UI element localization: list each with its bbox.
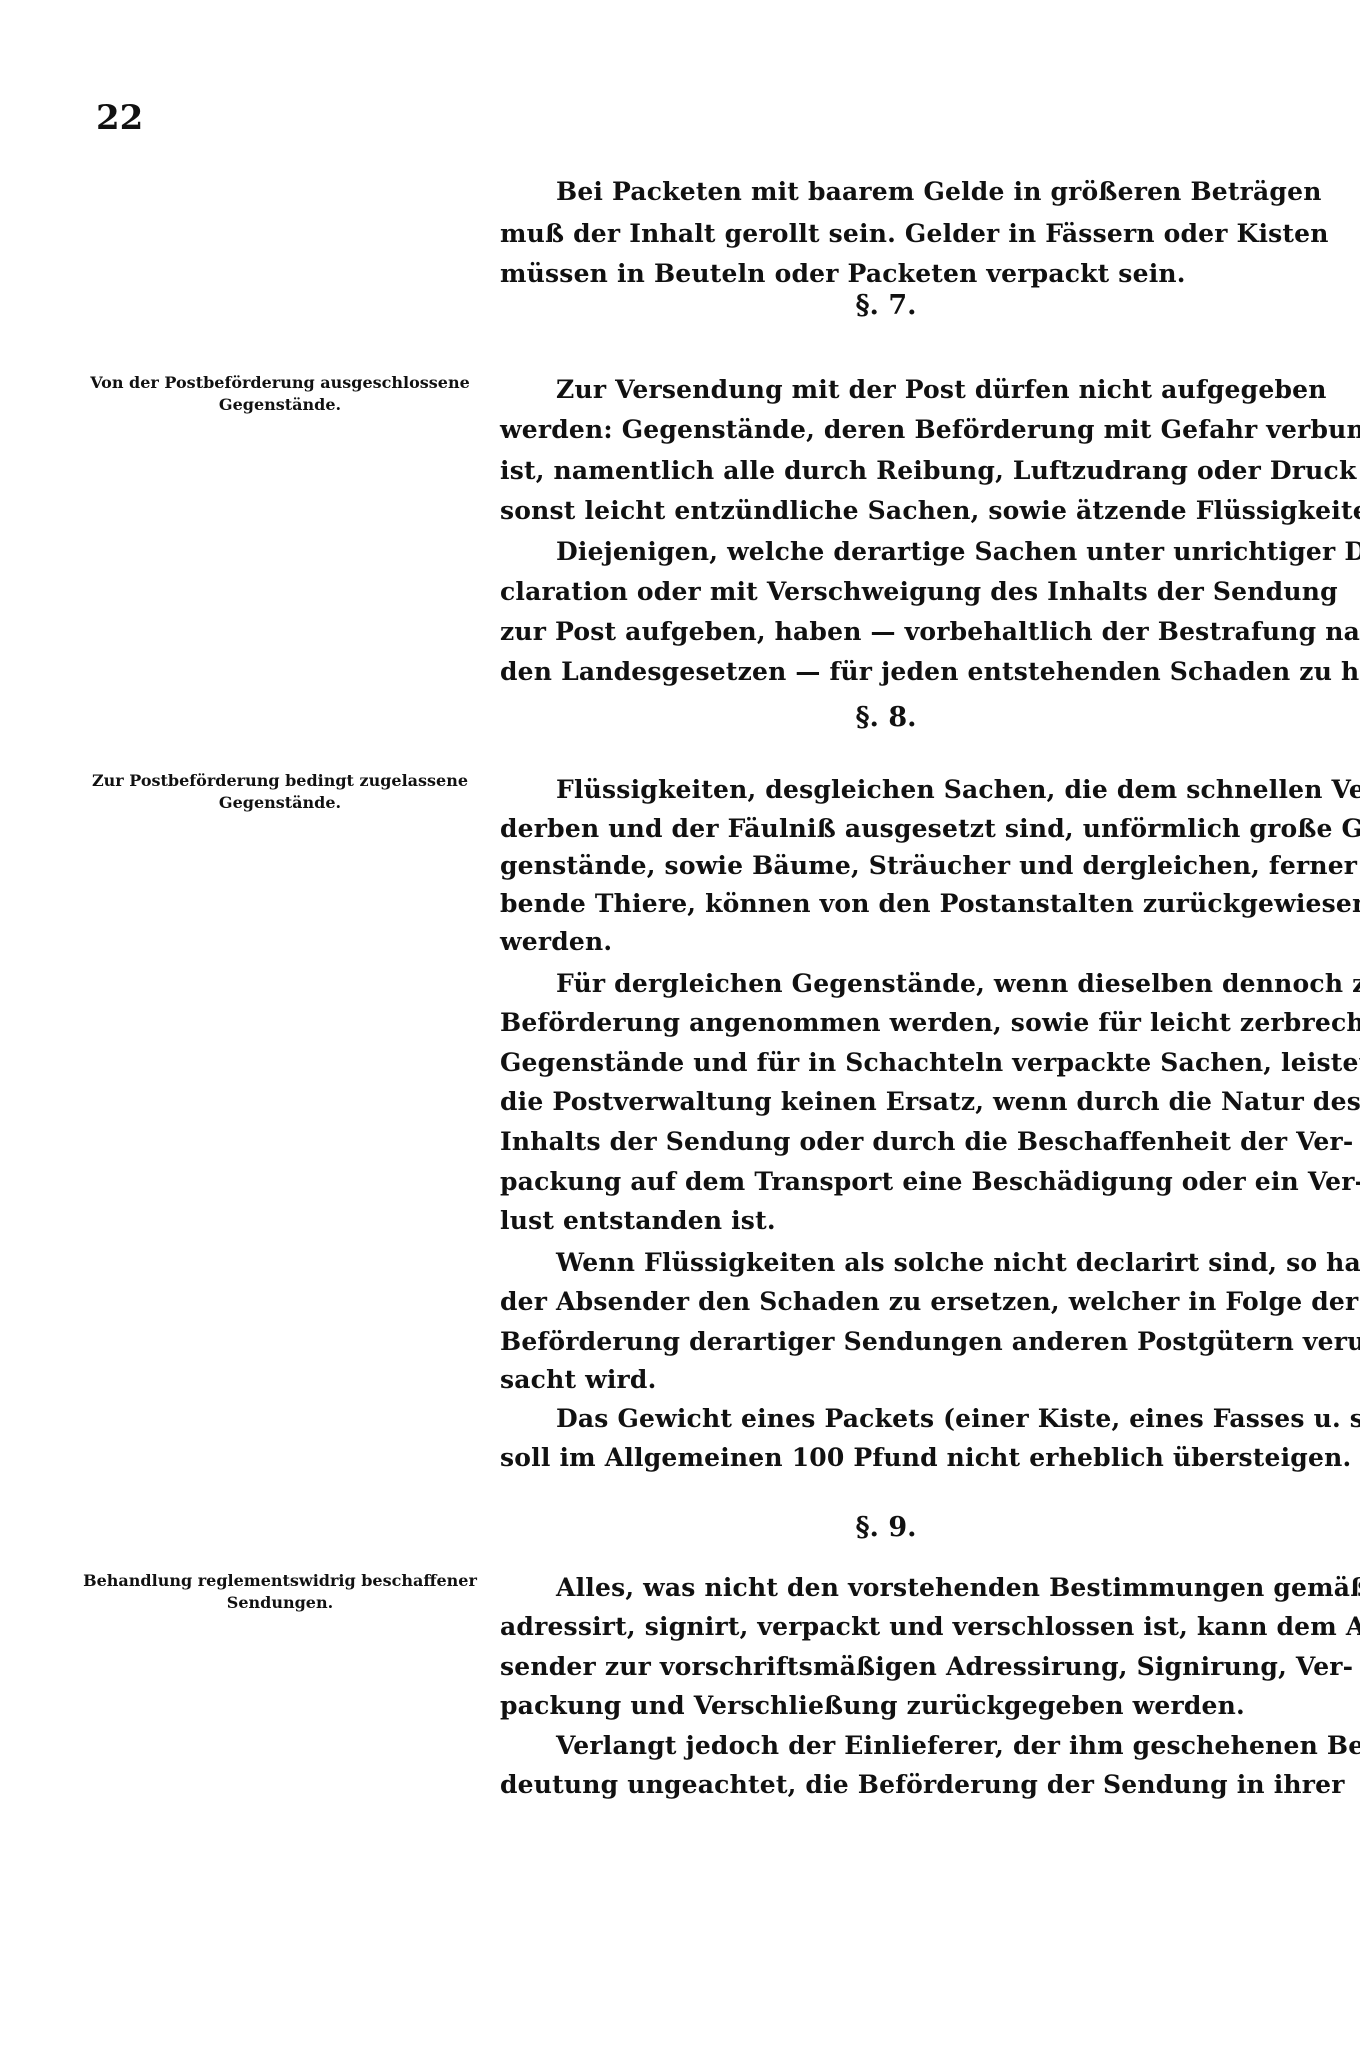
text-line: die Postverwaltung keinen Ersatz, wenn d… <box>500 1086 1272 1118</box>
text-line: Das Gewicht eines Packets (einer Kiste, … <box>556 1403 1272 1435</box>
text-line: Bei Packeten mit baarem Gelde in größere… <box>556 176 1272 208</box>
text-line: lust entstanden ist. <box>500 1205 1272 1237</box>
text-line: bende Thiere, können von den Postanstalt… <box>500 888 1272 920</box>
text-line: sonst leicht entzündliche Sachen, sowie … <box>500 495 1272 527</box>
text-line: Verlangt jedoch der Einlieferer, der ihm… <box>556 1730 1272 1762</box>
text-line: sender zur vorschriftsmäßigen Adressirun… <box>500 1651 1272 1683</box>
text-line: Beförderung angenommen werden, sowie für… <box>500 1007 1272 1039</box>
text-line: der Absender den Schaden zu ersetzen, we… <box>500 1286 1272 1318</box>
margin-note-line: Gegenstände. <box>70 792 490 814</box>
text-line: werden: Gegenstände, deren Beförderung m… <box>500 414 1272 446</box>
text-line: Wenn Flüssigkeiten als solche nicht decl… <box>556 1247 1272 1279</box>
text-line: sacht wird. <box>500 1364 1272 1396</box>
margin-note: Zur Postbeförderung bedingt zugelasseneG… <box>70 770 490 814</box>
text-line: packung auf dem Transport eine Beschädig… <box>500 1166 1272 1198</box>
text-line: ist, namentlich alle durch Reibung, Luft… <box>500 455 1272 487</box>
text-line: den Landesgesetzen — für jeden entstehen… <box>500 656 1272 688</box>
text-line: zur Post aufgeben, haben — vorbehaltlich… <box>500 616 1272 648</box>
text-line: genstände, sowie Bäume, Sträucher und de… <box>500 850 1272 882</box>
page-number: 22 <box>96 98 143 138</box>
section-heading: §. 8. <box>500 702 1272 734</box>
text-line: muß der Inhalt gerollt sein. Gelder in F… <box>500 218 1272 250</box>
section-heading: §. 9. <box>500 1512 1272 1544</box>
margin-note: Behandlung reglementswidrig beschaffener… <box>70 1570 490 1614</box>
text-line: Zur Versendung mit der Post dürfen nicht… <box>556 374 1272 406</box>
text-line: Beförderung derartiger Sendungen anderen… <box>500 1326 1272 1358</box>
text-line: Flüssigkeiten, desgleichen Sachen, die d… <box>556 774 1272 806</box>
text-line: derben und der Fäulniß ausgesetzt sind, … <box>500 813 1272 845</box>
margin-note-line: Von der Postbeförderung ausgeschlossene <box>70 372 490 394</box>
text-line: Alles, was nicht den vorstehenden Bestim… <box>556 1572 1272 1604</box>
text-line: claration oder mit Verschweigung des Inh… <box>500 576 1272 608</box>
margin-note: Von der Postbeförderung ausgeschlosseneG… <box>70 372 490 416</box>
text-line: Für dergleichen Gegenstände, wenn diesel… <box>556 968 1272 1000</box>
text-line: adressirt, signirt, verpackt und verschl… <box>500 1611 1272 1643</box>
text-line: deutung ungeachtet, die Beförderung der … <box>500 1769 1272 1801</box>
text-line: werden. <box>500 926 1272 958</box>
text-line: packung und Verschließung zurückgegeben … <box>500 1690 1272 1722</box>
section-heading: §. 7. <box>500 290 1272 322</box>
text-line: Gegenstände und für in Schachteln verpac… <box>500 1047 1272 1079</box>
text-line: Inhalts der Sendung oder durch die Besch… <box>500 1126 1272 1158</box>
margin-note-line: Gegenstände. <box>70 394 490 416</box>
margin-note-line: Zur Postbeförderung bedingt zugelassene <box>70 770 490 792</box>
margin-note-line: Sendungen. <box>70 1592 490 1614</box>
text-line: Diejenigen, welche derartige Sachen unte… <box>556 536 1272 568</box>
text-line: soll im Allgemeinen 100 Pfund nicht erhe… <box>500 1442 1272 1474</box>
text-line: müssen in Beuteln oder Packeten verpackt… <box>500 258 1272 290</box>
margin-note-line: Behandlung reglementswidrig beschaffener <box>70 1570 490 1592</box>
